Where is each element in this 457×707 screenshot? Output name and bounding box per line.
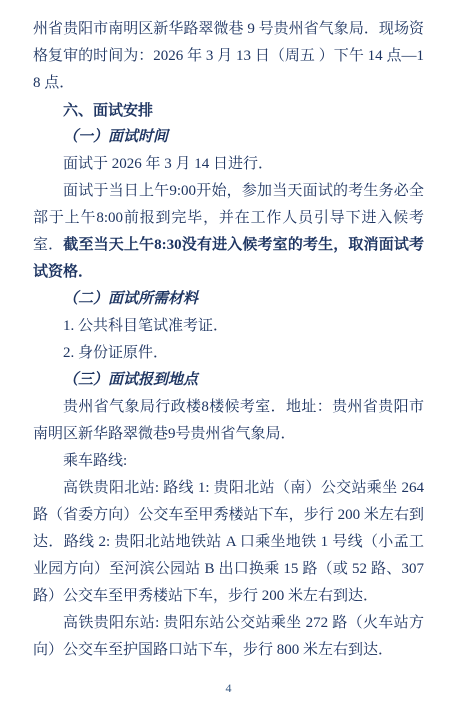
paragraph-report-location: 贵州省气象局行政楼8楼候考室．地址：贵州省贵阳市南明区新华路翠微巷9号贵州省气象… [33,394,424,448]
sub-heading-required-materials: （二）面试所需材料 [33,286,424,313]
page-number: 4 [226,681,232,695]
paragraph-route-north-station: 高铁贵阳北站: 路线 1: 贵阳北站（南）公交站乘坐 264 路（省委方向）公交… [33,475,424,610]
page-footer: 4 [0,681,457,695]
paragraph-interview-date: 面试于 2026 年 3 月 14 日进行． [33,151,424,178]
paragraph-continuation-address-review: 州省贵阳市南明区新华路翠微巷 9 号贵州省气象局．现场资格复审的时间为：2026… [33,16,424,97]
paragraph-interview-time-detail: 面试于当日上午9:00开始，参加当天面试的考生务必全部于上午8:00前报到完毕，… [33,178,424,286]
document-page: 州省贵阳市南明区新华路翠微巷 9 号贵州省气象局．现场资格复审的时间为：2026… [0,0,457,707]
list-item-material-2: 2. 身份证原件． [33,340,424,367]
section-heading-interview-arrangement: 六、面试安排 [33,97,424,124]
list-item-material-1: 1. 公共科目笔试准考证． [33,313,424,340]
interview-time-bold-warning-text: 截至当天上午8:30没有进入候考室的考生，取消面试考试资格． [33,237,424,280]
paragraph-route-title: 乘车路线: [33,448,424,475]
paragraph-route-east-station: 高铁贵阳东站: 贵阳东站公交站乘坐 272 路（火车站方向）公交车至护国路口站下… [33,610,424,664]
sub-heading-report-location: （三）面试报到地点 [33,367,424,394]
sub-heading-interview-time: （一）面试时间 [33,124,424,151]
